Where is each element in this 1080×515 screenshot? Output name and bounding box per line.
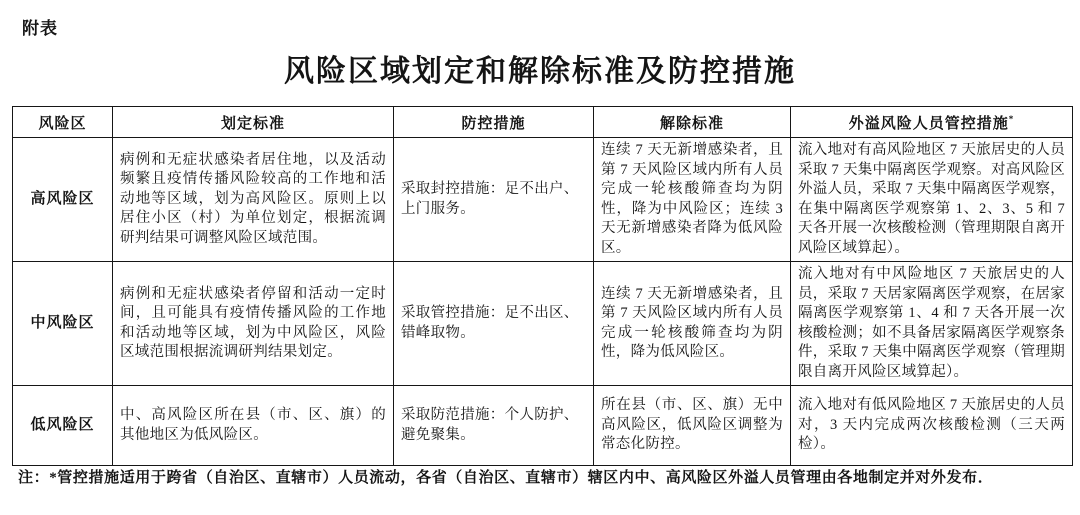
header-risk-area: 风险区: [13, 107, 113, 138]
header-lifting-standard: 解除标准: [594, 107, 791, 138]
cell-low-delineation: 中、高风险区所在县（市、区、旗）的其他地区为低风险区。: [113, 386, 394, 466]
document-page: 附表 风险区域划定和解除标准及防控措施 风险区 划定标准 防控措施 解除标准 外…: [0, 0, 1080, 515]
cell-low-spillover: 流入地对有低风险地区 7 天旅居史的人员对，3 天内完成两次核酸检测（三天两检）…: [791, 386, 1073, 466]
risk-area-table: 风险区 划定标准 防控措施 解除标准 外溢风险人员管控措施* 高风险区 病例和无…: [12, 106, 1073, 466]
cell-high-delineation: 病例和无症状感染者居住地，以及活动频繁且疫情传播风险较高的工作地和活动地等区域，…: [113, 138, 394, 262]
cell-medium-risk-name: 中风险区: [13, 262, 113, 386]
cell-medium-control: 采取管控措施：足不出区、错峰取物。: [394, 262, 594, 386]
header-control-measures: 防控措施: [394, 107, 594, 138]
header-delineation-standard: 划定标准: [113, 107, 394, 138]
cell-high-lifting: 连续 7 天无新增感染者，且第 7 天风险区域内所有人员完成一轮核酸筛查均为阴性…: [594, 138, 791, 262]
table-row-low-risk: 低风险区 中、高风险区所在县（市、区、旗）的其他地区为低风险区。 采取防范措施：…: [13, 386, 1073, 466]
header-spillover-measures: 外溢风险人员管控措施*: [791, 107, 1073, 138]
cell-high-spillover: 流入地对有高风险地区 7 天旅居史的人员采取 7 天集中隔离医学观察。对高风险区…: [791, 138, 1073, 262]
cell-low-control: 采取防范措施：个人防护、避免聚集。: [394, 386, 594, 466]
cell-medium-delineation: 病例和无症状感染者停留和活动一定时间，且可能具有疫情传播风险的工作地和活动地等区…: [113, 262, 394, 386]
header-spillover-label: 外溢风险人员管控措施: [849, 116, 1009, 132]
page-title: 风险区域划定和解除标准及防控措施: [0, 46, 1080, 90]
table-row-medium-risk: 中风险区 病例和无症状感染者停留和活动一定时间，且可能具有疫情传播风险的工作地和…: [13, 262, 1073, 386]
cell-low-risk-name: 低风险区: [13, 386, 113, 466]
table-header-row: 风险区 划定标准 防控措施 解除标准 外溢风险人员管控措施*: [13, 107, 1073, 138]
cell-medium-spillover: 流入地对有中风险地区 7 天旅居史的人员，采取 7 天居家隔离医学观察，在居家隔…: [791, 262, 1073, 386]
cell-high-control: 采取封控措施：足不出户、上门服务。: [394, 138, 594, 262]
footnote: 注：*管控措施适用于跨省（自治区、直辖市）人员流动，各省（自治区、直辖市）辖区内…: [18, 466, 1068, 487]
cell-low-lifting: 所在县（市、区、旗）无中高风险区，低风险区调整为常态化防控。: [594, 386, 791, 466]
appendix-label: 附表: [22, 14, 58, 39]
table-row-high-risk: 高风险区 病例和无症状感染者居住地，以及活动频繁且疫情传播风险较高的工作地和活动…: [13, 138, 1073, 262]
cell-medium-lifting: 连续 7 天无新增感染者，且第 7 天风险区域内所有人员完成一轮核酸筛查均为阴性…: [594, 262, 791, 386]
cell-high-risk-name: 高风险区: [13, 138, 113, 262]
footnote-asterisk-marker: *: [1009, 114, 1015, 124]
